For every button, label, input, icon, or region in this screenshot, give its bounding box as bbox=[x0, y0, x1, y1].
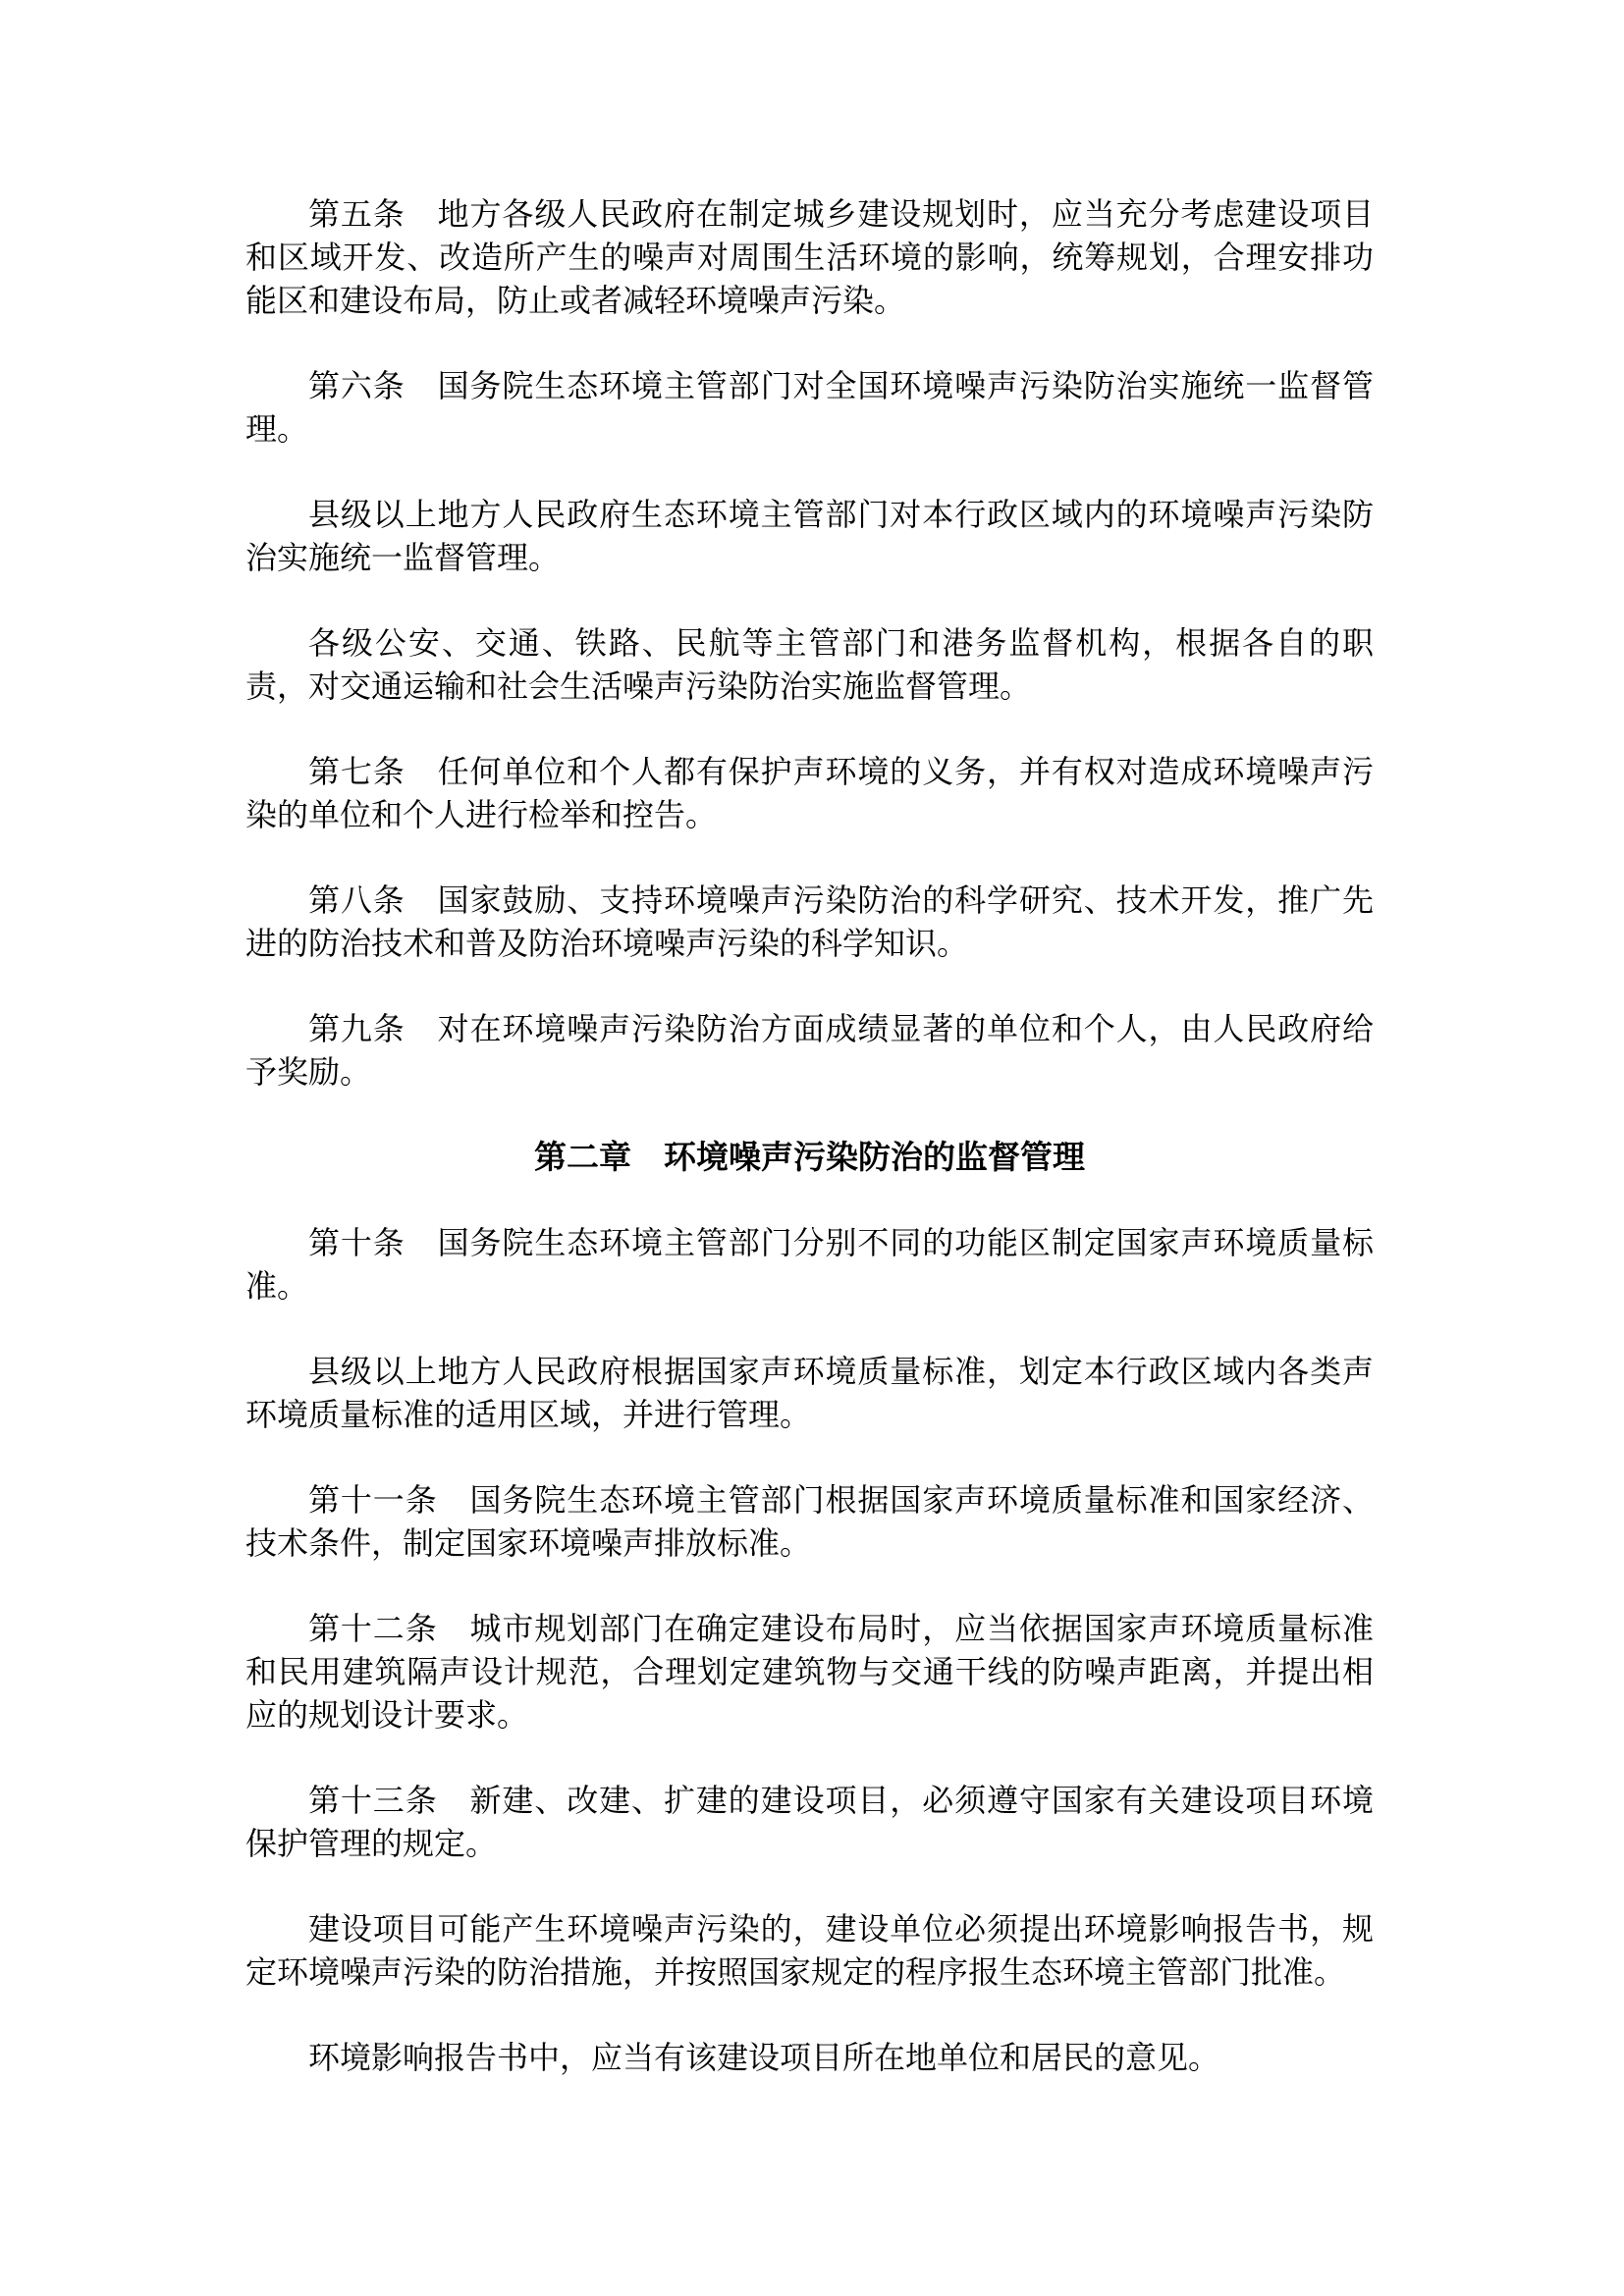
paragraph-2: 第六条 国务院生态环境主管部门对全国环境噪声污染防治实施统一监督管理。 bbox=[245, 364, 1374, 451]
paragraph-1: 第五条 地方各级人民政府在制定城乡建设规划时，应当充分考虑建设项目和区域开发、改… bbox=[245, 192, 1374, 322]
chapter-heading: 第二章 环境噪声污染防治的监督管理 bbox=[245, 1136, 1374, 1179]
paragraph-10: 第十一条 国务院生态环境主管部门根据国家声环境质量标准和国家经济、技术条件，制定… bbox=[245, 1478, 1374, 1565]
paragraph-8: 第十条 国务院生态环境主管部门分别不同的功能区制定国家声环境质量标准。 bbox=[245, 1221, 1374, 1308]
paragraph-14: 环境影响报告书中，应当有该建设项目所在地单位和居民的意见。 bbox=[245, 2036, 1374, 2079]
paragraph-11: 第十二条 城市规划部门在确定建设布局时，应当依据国家声环境质量标准和民用建筑隔声… bbox=[245, 1607, 1374, 1736]
paragraph-13: 建设项目可能产生环境噪声污染的，建设单位必须提出环境影响报告书，规定环境噪声污染… bbox=[245, 1907, 1374, 1994]
paragraph-5: 第七条 任何单位和个人都有保护声环境的义务，并有权对造成环境噪声污染的单位和个人… bbox=[245, 750, 1374, 836]
paragraph-3: 县级以上地方人民政府生态环境主管部门对本行政区域内的环境噪声污染防治实施统一监督… bbox=[245, 493, 1374, 579]
paragraph-12: 第十三条 新建、改建、扩建的建设项目，必须遵守国家有关建设项目环境保护管理的规定… bbox=[245, 1779, 1374, 1865]
paragraph-6: 第八条 国家鼓励、支持环境噪声污染防治的科学研究、技术开发，推广先进的防治技术和… bbox=[245, 879, 1374, 965]
paragraph-9: 县级以上地方人民政府根据国家声环境质量标准，划定本行政区域内各类声环境质量标准的… bbox=[245, 1350, 1374, 1436]
document-page: 第五条 地方各级人民政府在制定城乡建设规划时，应当充分考虑建设项目和区域开发、改… bbox=[0, 0, 1624, 2296]
paragraph-7: 第九条 对在环境噪声污染防治方面成绩显著的单位和个人，由人民政府给予奖励。 bbox=[245, 1007, 1374, 1094]
paragraph-4: 各级公安、交通、铁路、民航等主管部门和港务监督机构，根据各自的职责，对交通运输和… bbox=[245, 621, 1374, 708]
